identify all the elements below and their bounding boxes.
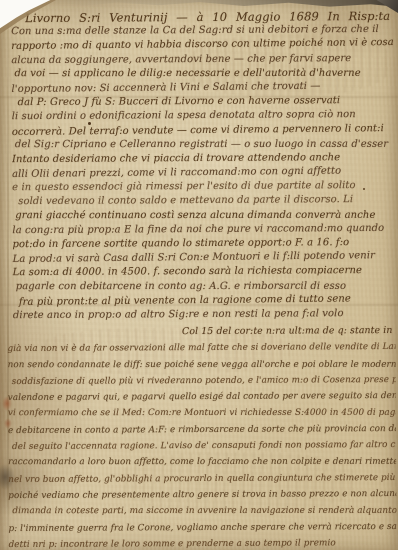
- manuscript-line: alcuna da soggiungere, avvertandovi bene…: [11, 51, 393, 68]
- manuscript-line: p: l'imminente guerra fra le Corone, vog…: [8, 519, 396, 537]
- manuscript-line: detti nri p: incontrare le loro somme e …: [9, 535, 397, 550]
- manuscript-line: soldi vedevano il conto saldo e mettevan…: [12, 193, 394, 210]
- manuscript-line: dimanda in coteste parti, ma siccome in …: [8, 503, 396, 520]
- manuscript-line: del Sig:r Cipriano e Celleranno registra…: [12, 138, 394, 153]
- postscript-dateline: Col 15 del cor:te n:ra ult:ma de q: stan…: [7, 323, 395, 341]
- manuscript-line: La som:a di 4000. in 4500. f. secondo sa…: [13, 264, 395, 281]
- manuscript-line: valendone e pagarvi qui, e pagarvi quell…: [8, 388, 396, 406]
- manuscript-line: grani giacché continuano costì senza alc…: [12, 208, 394, 223]
- letter-body: Livorno S:ri Venturinij — à 10 Maggio 16…: [11, 9, 395, 323]
- torn-edge-top: [56, 0, 398, 7]
- manuscript-line: del seguito l'accennata ragione. L'aviso…: [8, 437, 396, 455]
- manuscript-line: non sendo condannate le diff: sue poiché…: [8, 356, 396, 373]
- manuscript-page: Livorno S:ri Venturinij — à 10 Maggio 16…: [0, 0, 398, 550]
- letter-postscript: Col 15 del cor:te n:ra ult:ma de q: stan…: [7, 323, 396, 550]
- manuscript-line: già via non vi è da far osservazioni all…: [7, 339, 395, 357]
- manuscript-line: poiché vediamo che presentemente altro g…: [8, 486, 396, 504]
- manuscript-line: vi confermiamo che se il Med: Com:re Mon…: [8, 405, 396, 422]
- manuscript-line: nel vro buon affetto, gl'obblighi a proc…: [8, 470, 396, 488]
- manuscript-line: soddisfazione di quello più vi rivederan…: [8, 372, 396, 390]
- manuscript-line: raccomandarlo a loro buon affetto, come …: [8, 454, 396, 471]
- manuscript-line: e debitarcene in conto a parte A:F: e ri…: [8, 421, 396, 439]
